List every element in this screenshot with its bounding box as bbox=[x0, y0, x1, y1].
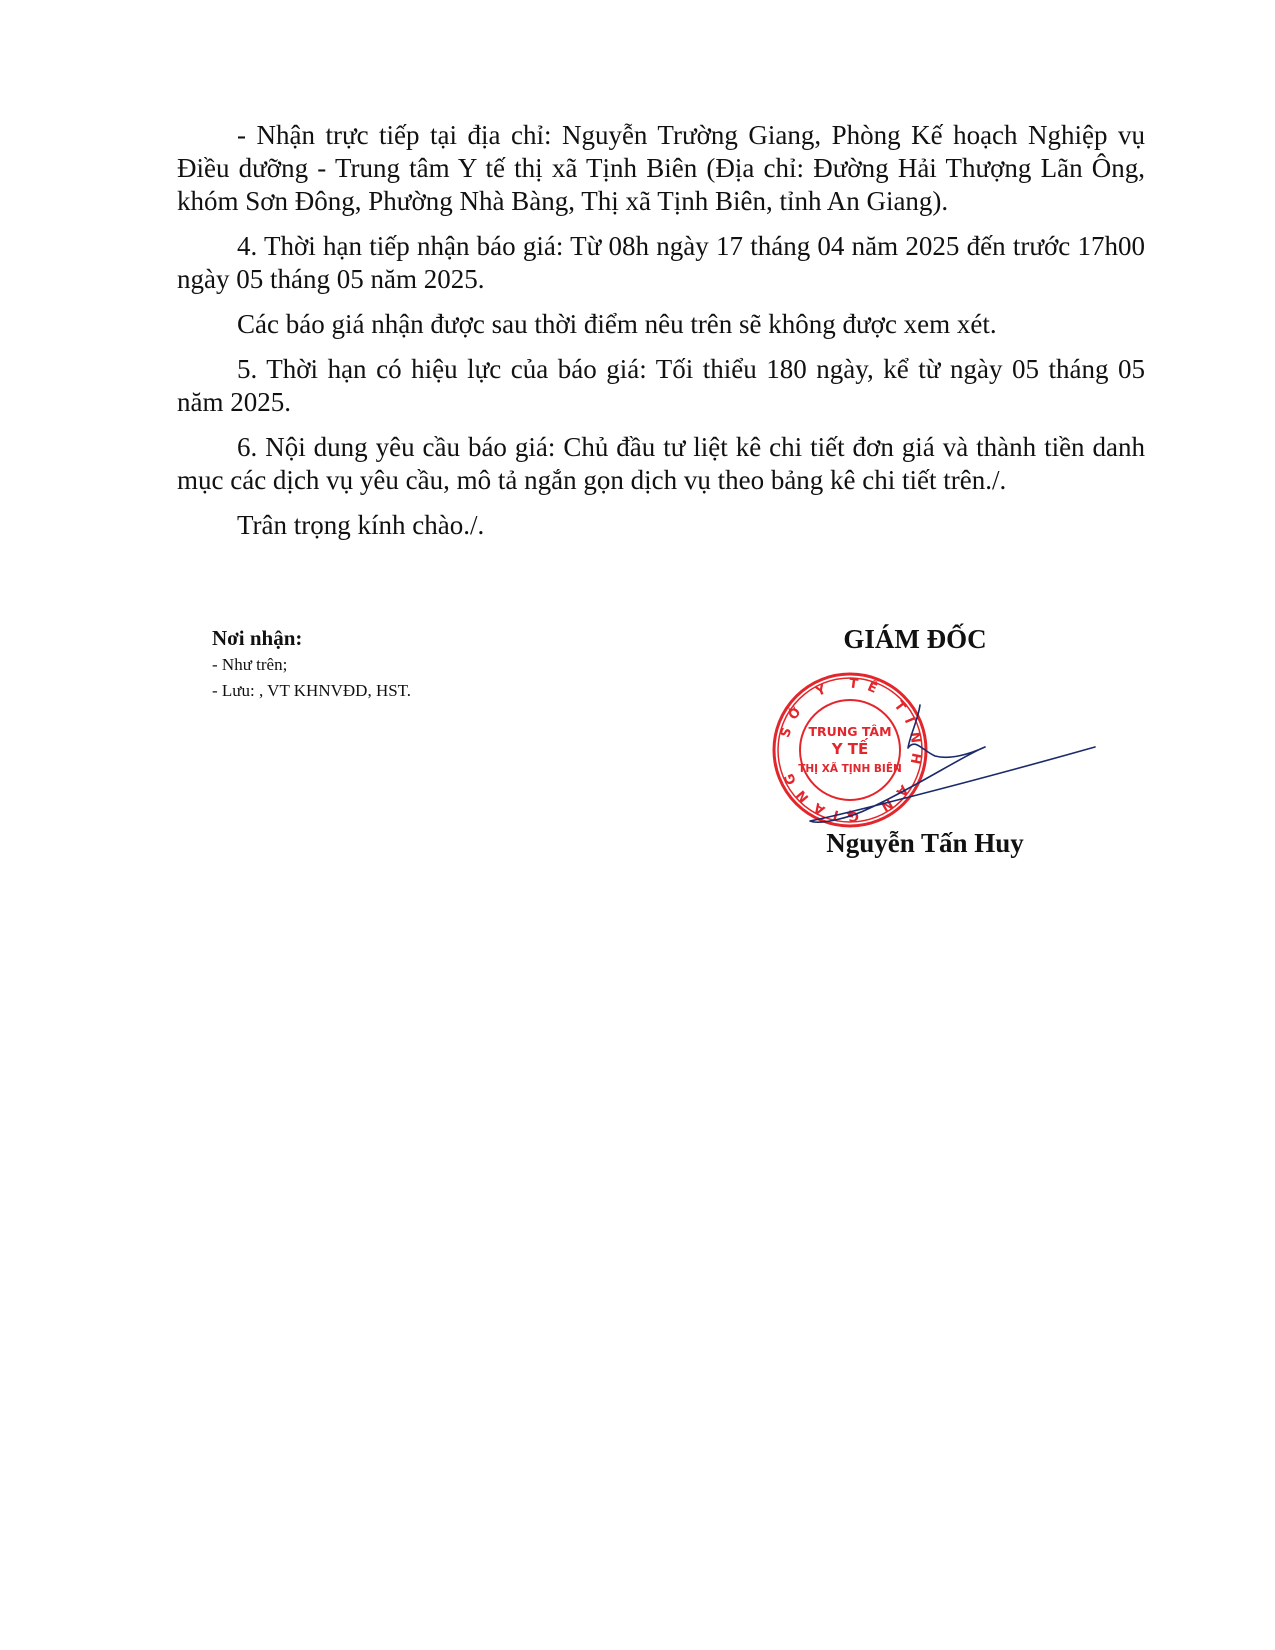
recipients-heading: Nơi nhận: bbox=[212, 625, 411, 652]
letter-body: - Nhận trực tiếp tại địa chỉ: Nguyễn Trư… bbox=[177, 119, 1145, 554]
paragraph-request-content: 6. Nội dung yêu cầu báo giá: Chủ đầu tư … bbox=[177, 431, 1145, 497]
paragraph-delivery-address: - Nhận trực tiếp tại địa chỉ: Nguyễn Trư… bbox=[177, 119, 1145, 218]
recipient-item: - Như trên; bbox=[212, 652, 411, 678]
paragraph-late-notice: Các báo giá nhận được sau thời điểm nêu … bbox=[177, 308, 1145, 341]
recipient-item: - Lưu: , VT KHNVĐD, HST. bbox=[212, 678, 411, 704]
paragraph-closing: Trân trọng kính chào./. bbox=[177, 509, 1145, 542]
signer-name: Nguyễn Tấn Huy bbox=[760, 828, 1090, 859]
paragraph-submission-deadline: 4. Thời hạn tiếp nhận báo giá: Từ 08h ng… bbox=[177, 230, 1145, 296]
paragraph-validity-period: 5. Thời hạn có hiệu lực của báo giá: Tối… bbox=[177, 353, 1145, 419]
recipients-block: Nơi nhận: - Như trên; - Lưu: , VT KHNVĐD… bbox=[212, 625, 411, 704]
signature-block: GIÁM ĐỐC SỞ Y TẾ TỈNH AN GIANG ★ TRUNG T… bbox=[760, 620, 1110, 870]
